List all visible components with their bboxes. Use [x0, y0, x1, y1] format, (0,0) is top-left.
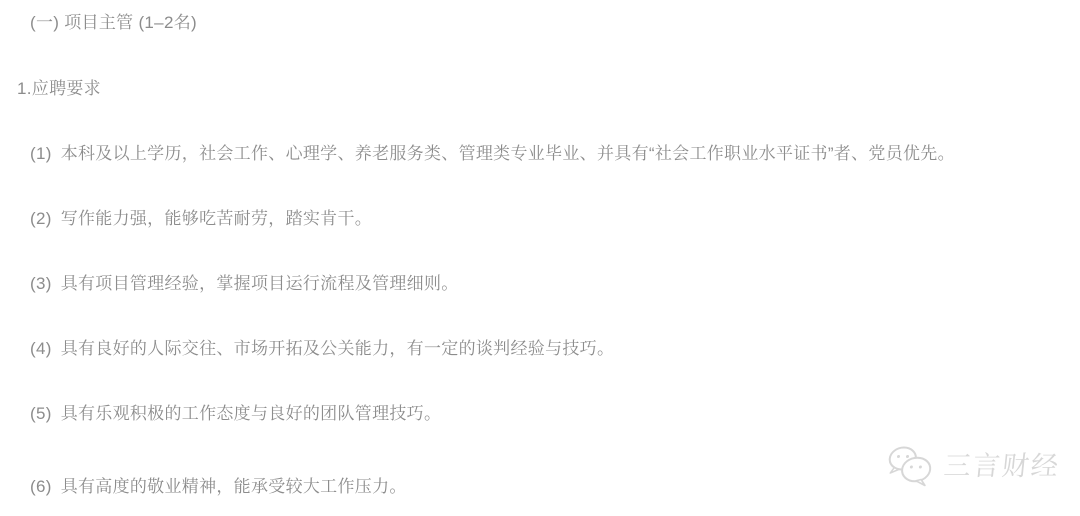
item-text: 具有高度的敬业精神，能承受较大工作压力。 — [61, 477, 407, 496]
section-heading: (一) 项目主管 (1–2名) — [30, 11, 197, 35]
requirement-item-3: (3)具有项目管理经验，掌握项目运行流程及管理细则。 — [30, 272, 459, 296]
item-number: (3) — [30, 272, 52, 296]
item-text: 具有项目管理经验，掌握项目运行流程及管理细则。 — [61, 274, 459, 293]
requirement-item-5: (5)具有乐观积极的工作态度与良好的团队管理技巧。 — [30, 402, 441, 426]
requirement-item-1: (1)本科及以上学历，社会工作、心理学、养老服务类、管理类专业毕业、并具有“社会… — [30, 142, 955, 166]
item-text: 本科及以上学历，社会工作、心理学、养老服务类、管理类专业毕业、并具有“社会工作职… — [61, 144, 955, 163]
requirement-item-2: (2)写作能力强，能够吃苦耐劳，踏实肯干。 — [30, 207, 372, 231]
wechat-icon — [884, 444, 937, 488]
item-text: 写作能力强，能够吃苦耐劳，踏实肯干。 — [61, 209, 372, 228]
item-text: 具有乐观积极的工作态度与良好的团队管理技巧。 — [61, 404, 442, 423]
item-number: (6) — [30, 475, 52, 499]
requirements-subheading: 1.应聘要求 — [17, 77, 101, 101]
item-number: (5) — [30, 402, 52, 426]
item-number: (2) — [30, 207, 52, 231]
item-text: 具有良好的人际交往、市场开拓及公关能力，有一定的谈判经验与技巧。 — [61, 339, 615, 358]
brand-watermark: 三言财经 — [884, 444, 1063, 488]
requirement-item-4: (4)具有良好的人际交往、市场开拓及公关能力，有一定的谈判经验与技巧。 — [30, 337, 614, 361]
item-number: (1) — [30, 142, 52, 166]
item-number: (4) — [30, 337, 52, 361]
requirement-item-6: (6)具有高度的敬业精神，能承受较大工作压力。 — [30, 475, 407, 499]
brand-name: 三言财经 — [942, 444, 1063, 488]
